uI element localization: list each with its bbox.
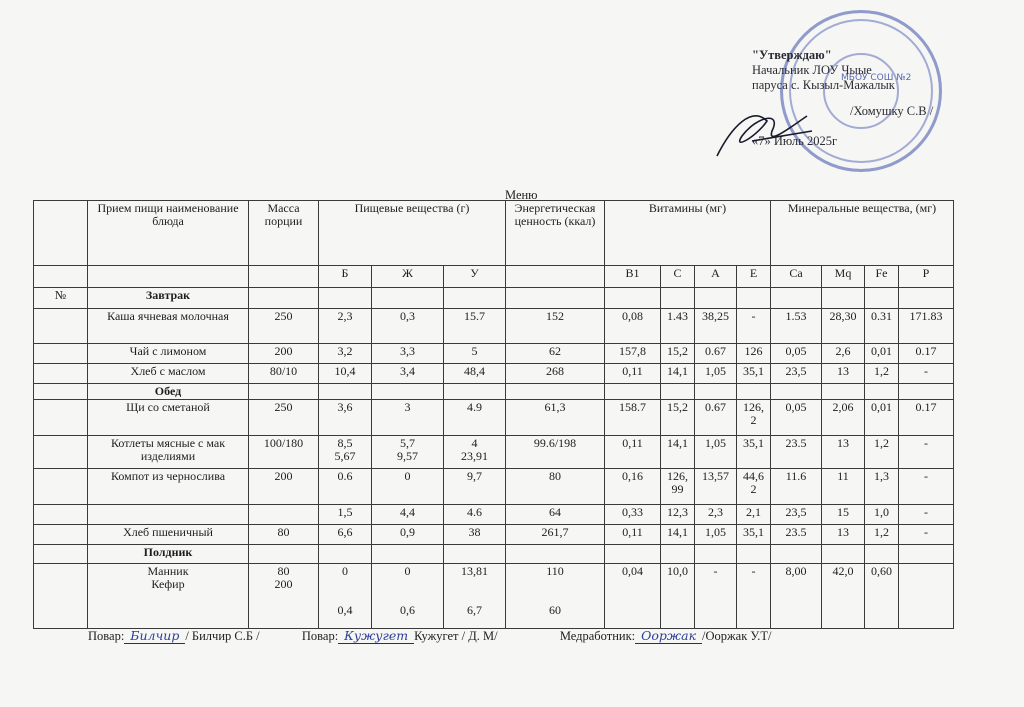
dish-name: Чай с лимоном [88,344,249,364]
empty-cell [737,545,771,564]
subheader-cell: B1 [605,266,661,288]
cell-zh: 3,3 [372,344,444,364]
cell-c: 14,1 [661,525,695,545]
cell-zh: 3,4 [372,364,444,384]
table-row: Чай с лимоном2003,23,3562157,815,20.6712… [34,344,954,364]
cell-u: 9,7 [444,469,506,505]
cell-mq: 11 [822,469,865,505]
empty-cell [899,288,954,309]
cell-a: 38,25 [695,309,737,344]
table-row: Хлеб пшеничный806,60,938261,70,1114,11,0… [34,525,954,545]
cell-energy: 62 [506,344,605,364]
cell-mass: 200 [249,344,319,364]
dish-name: Хлеб с маслом [88,364,249,384]
cell-b1: 158.7 [605,400,661,436]
cell-ca: 23.5 [771,436,822,469]
approval-block: "Утверждаю" Начальник ЛОУ Чыые паруса с.… [752,48,895,93]
cell-p: - [899,469,954,505]
cell-u: 4.9 [444,400,506,436]
cook1-label: Повар: [88,629,124,643]
empty-cell [737,288,771,309]
cell-zh: 0,9 [372,525,444,545]
empty-cell [319,384,372,400]
table-row: Манник Кефир80 2000 0,40 0,613,81 6,7110… [34,564,954,629]
cell-e: 44,6 2 [737,469,771,505]
header-blank [34,201,88,266]
header-minerals: Минеральные вещества, (мг) [771,201,954,266]
cell-u: 4 23,91 [444,436,506,469]
cell-mass: 80/10 [249,364,319,384]
empty-cell [865,545,899,564]
subheader-cell: Fe [865,266,899,288]
cell-mq: 15 [822,505,865,525]
empty-cell [605,384,661,400]
cell-mass: 100/180 [249,436,319,469]
cell-u: 13,81 6,7 [444,564,506,629]
subheader-cell: Ca [771,266,822,288]
section-title: Завтрак [88,288,249,309]
empty-cell [249,288,319,309]
cell-ca: 1.53 [771,309,822,344]
cell-fe: 1,0 [865,505,899,525]
cell-u: 15.7 [444,309,506,344]
header-vitamins: Витамины (мг) [605,201,771,266]
cell-a: 0.67 [695,400,737,436]
cell-fe: 0,60 [865,564,899,629]
cell-b: 6,6 [319,525,372,545]
cook2-label: Повар: [302,629,338,643]
empty-cell [605,288,661,309]
table-row: Компот из чернослива2000.609,7800,16126,… [34,469,954,505]
cell-fe: 1,2 [865,525,899,545]
cell-u: 5 [444,344,506,364]
cell-fe: 0,01 [865,400,899,436]
subheader-blank [34,266,88,288]
cell-fe: 0.31 [865,309,899,344]
dish-name [88,505,249,525]
cell-zh: 5,7 9,57 [372,436,444,469]
section-title: Обед [88,384,249,400]
subheader-row: БЖУB1CAECaMqFeP [34,266,954,288]
cell-mass: 80 200 [249,564,319,629]
dish-name: Каша ячневая молочная [88,309,249,344]
cell-b1: 0,04 [605,564,661,629]
row-number [34,505,88,525]
cell-e: 35,1 [737,436,771,469]
cell-mass: 250 [249,309,319,344]
subheader-cell: Mq [822,266,865,288]
menu-table: Прием пищи наименование блюда Масса порц… [33,200,954,629]
section-row: №Завтрак [34,288,954,309]
empty-cell [319,545,372,564]
cell-ca: 23,5 [771,505,822,525]
empty-cell [444,288,506,309]
cell-b: 3,6 [319,400,372,436]
cell-zh: 4,4 [372,505,444,525]
row-number [34,364,88,384]
cell-mq: 28,30 [822,309,865,344]
subheader-blank [88,266,249,288]
subheader-cell: Ж [372,266,444,288]
row-number [34,436,88,469]
row-number: № [34,288,88,309]
cell-fe: 1,3 [865,469,899,505]
subheader-blank [249,266,319,288]
empty-cell [372,545,444,564]
cell-c: 10,0 [661,564,695,629]
empty-cell [249,545,319,564]
cell-e: 35,1 [737,525,771,545]
empty-cell [444,384,506,400]
empty-cell [899,545,954,564]
cell-e: - [737,309,771,344]
cell-c: 1.43 [661,309,695,344]
cell-energy: 64 [506,505,605,525]
approval-name: /Хомушку С.В / [850,104,933,119]
cell-ca: 11.6 [771,469,822,505]
empty-cell [865,384,899,400]
row-number [34,525,88,545]
cell-fe: 1,2 [865,436,899,469]
empty-cell [899,384,954,400]
table-row: Котлеты мясные с мак изделиями100/1808,5… [34,436,954,469]
empty-cell [822,384,865,400]
cell-a: 1,05 [695,364,737,384]
cell-u: 48,4 [444,364,506,384]
cell-mass: 80 [249,525,319,545]
row-number [34,545,88,564]
cell-zh: 0 0,6 [372,564,444,629]
cell-p: - [899,364,954,384]
cell-b: 8,5 5,67 [319,436,372,469]
empty-cell [737,384,771,400]
cell-mass: 250 [249,400,319,436]
cell-c: 12,3 [661,505,695,525]
cell-b1: 0,11 [605,364,661,384]
cell-mq: 42,0 [822,564,865,629]
cell-energy: 80 [506,469,605,505]
row-number [34,564,88,629]
row-number [34,469,88,505]
cell-e: 126 [737,344,771,364]
cell-energy: 110 60 [506,564,605,629]
cell-b: 1,5 [319,505,372,525]
cell-ca: 0,05 [771,344,822,364]
header-energy: Энергетическая ценность (ккал) [506,201,605,266]
dish-name: Котлеты мясные с мак изделиями [88,436,249,469]
empty-cell [506,288,605,309]
subheader-cell: P [899,266,954,288]
subheader-cell: A [695,266,737,288]
cell-mq: 13 [822,525,865,545]
subheader-cell: C [661,266,695,288]
cell-p: - [899,525,954,545]
row-number [34,309,88,344]
cell-c: 14,1 [661,364,695,384]
empty-cell [771,545,822,564]
cell-b1: 157,8 [605,344,661,364]
cell-ca: 23,5 [771,364,822,384]
empty-cell [695,384,737,400]
empty-cell [319,288,372,309]
med-label: Медработник: [560,629,635,643]
cell-p: 0.17 [899,344,954,364]
subheader-cell: E [737,266,771,288]
cell-b1: 0,16 [605,469,661,505]
empty-cell [771,384,822,400]
cell-b1: 0,33 [605,505,661,525]
cell-zh: 0,3 [372,309,444,344]
cell-mq: 13 [822,364,865,384]
subheader-cell: Б [319,266,372,288]
table-row: Щи со сметаной2503,634.961,3158.715,20.6… [34,400,954,436]
cell-mass: 200 [249,469,319,505]
empty-cell [249,384,319,400]
cell-u: 4.6 [444,505,506,525]
cell-p: - [899,505,954,525]
cook2-name: Кужугет / Д. М/ [414,629,497,643]
cell-energy: 152 [506,309,605,344]
cook1-signature: Билчир [124,628,185,644]
empty-cell [695,545,737,564]
cell-energy: 99.6/198 [506,436,605,469]
empty-cell [661,288,695,309]
cell-fe: 0,01 [865,344,899,364]
empty-cell [506,545,605,564]
cell-b: 2,3 [319,309,372,344]
approval-line1: Начальник ЛОУ Чыые [752,63,895,78]
empty-cell [444,545,506,564]
cell-e: - [737,564,771,629]
cell-energy: 268 [506,364,605,384]
empty-cell [372,288,444,309]
med-name: /Ооржак У.Т/ [702,629,771,643]
cell-c: 14,1 [661,436,695,469]
row-number [34,400,88,436]
header-nutrients: Пищевые вещества (г) [319,201,506,266]
empty-cell [372,384,444,400]
cell-energy: 61,3 [506,400,605,436]
cell-mq: 13 [822,436,865,469]
row-number [34,344,88,364]
cell-zh: 0 [372,469,444,505]
empty-cell [661,545,695,564]
cell-c: 15,2 [661,344,695,364]
table-row: Хлеб с маслом80/1010,43,448,42680,1114,1… [34,364,954,384]
header-mass: Масса порции [249,201,319,266]
empty-cell [771,288,822,309]
cell-b: 0 0,4 [319,564,372,629]
cell-b: 3,2 [319,344,372,364]
cook2-signature: Кужугет [338,628,414,644]
dish-name: Щи со сметаной [88,400,249,436]
empty-cell [695,288,737,309]
cell-ca: 0,05 [771,400,822,436]
cell-b1: 0,11 [605,436,661,469]
cell-mq: 2,06 [822,400,865,436]
cell-b1: 0,11 [605,525,661,545]
cell-b: 0.6 [319,469,372,505]
empty-cell [822,545,865,564]
cell-c: 15,2 [661,400,695,436]
cell-a: - [695,564,737,629]
cell-b: 10,4 [319,364,372,384]
cell-ca: 8,00 [771,564,822,629]
cell-u: 38 [444,525,506,545]
director-signature [712,96,822,166]
cell-e: 2,1 [737,505,771,525]
cell-mass [249,505,319,525]
cell-p: 171.83 [899,309,954,344]
cell-e: 126, 2 [737,400,771,436]
cell-p: 0.17 [899,400,954,436]
approval-line2: паруса с. Кызыл-Мажалык [752,78,895,93]
header-row: Прием пищи наименование блюда Масса порц… [34,201,954,266]
cell-a: 13,57 [695,469,737,505]
table-row: 1,54,44.6640,3312,32,32,123,5151,0- [34,505,954,525]
cell-a: 2,3 [695,505,737,525]
section-title: Полдник [88,545,249,564]
cell-a: 1,05 [695,525,737,545]
row-number [34,384,88,400]
cell-fe: 1,2 [865,364,899,384]
cell-p [899,564,954,629]
cell-e: 35,1 [737,364,771,384]
cell-energy: 261,7 [506,525,605,545]
dish-name: Манник Кефир [88,564,249,629]
cell-p: - [899,436,954,469]
cell-c: 126, 99 [661,469,695,505]
empty-cell [865,288,899,309]
empty-cell [506,384,605,400]
cell-a: 1,05 [695,436,737,469]
approval-title: "Утверждаю" [752,48,895,63]
signatures-footer: Повар:Билчир/ Билчир С.Б / Повар:Кужугет… [88,628,968,644]
cell-ca: 23.5 [771,525,822,545]
cell-mq: 2,6 [822,344,865,364]
empty-cell [605,545,661,564]
cook1-name: / Билчир С.Б / [185,629,259,643]
table-row: Каша ячневая молочная2502,30,315.71520,0… [34,309,954,344]
dish-name: Хлеб пшеничный [88,525,249,545]
section-row: Обед [34,384,954,400]
dish-name: Компот из чернослива [88,469,249,505]
cell-zh: 3 [372,400,444,436]
empty-cell [661,384,695,400]
empty-cell [822,288,865,309]
cell-b1: 0,08 [605,309,661,344]
section-row: Полдник [34,545,954,564]
header-dish: Прием пищи наименование блюда [88,201,249,266]
subheader-cell [506,266,605,288]
subheader-cell: У [444,266,506,288]
cell-a: 0.67 [695,344,737,364]
med-signature: Ооржак [635,628,702,644]
